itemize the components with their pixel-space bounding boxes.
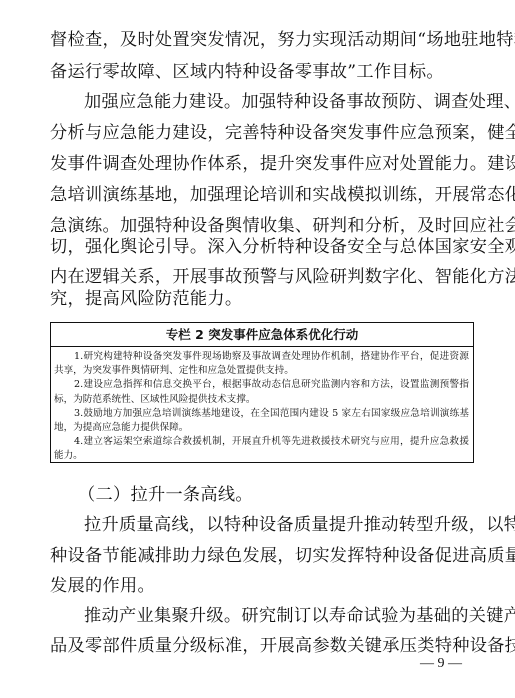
box-item-2-line-1: 2.建设应急指挥和信息交换平台，根据事故动态信息研究监测内容和方法，设置监测预警… [54,378,469,392]
feature-box-body: 1.研究构建特种设备突发事件现场勘察及事故调查处理协作机制，搭建协作平台，促进资… [51,347,473,464]
feature-box-title: 专栏 2 突发事件应急体系优化行动 [51,323,473,347]
paragraph-4-line-1: 推动产业集聚升级。研究制订以寿命试验为基础的关键产 [84,606,475,626]
box-item-3-line-1: 3.鼓励地方加强应急培训演练基地建设，在全国范围内建设 5 家左右国家级应急培训… [54,407,469,421]
box-item-3-line-2: 地，为提高应急能力提供保障。 [54,421,469,435]
paragraph-1-line-2: 备运行零故障、区域内特种设备零事故”工作目标。 [50,62,475,82]
feature-box: 专栏 2 突发事件应急体系优化行动 1.研究构建特种设备突发事件现场勘察及事故调… [50,322,474,463]
paragraph-2-line-3: 发事件调查处理协作体系，提升突发事件应对处置能力。建设应 [50,154,475,174]
box-item-2-line-2: 标，为防范系统性、区域性风险提供技术支撑。 [54,393,469,407]
paragraph-2-line-5: 急演练。加强特种设备舆情收集、研判和分析，及时回应社会关 [50,216,475,236]
paragraph-3-line-2: 种设备节能减排助力绿色发展，切实发挥特种设备促进高质量 [50,546,475,566]
box-item-1-line-2: 共享，为突发事件舆情研判、定性和应急处置提供支持。 [54,364,469,378]
paragraph-2-line-6: 切，强化舆论引导。深入分析特种设备安全与总体国家安全观的 [50,237,475,257]
box-item-4-line-1: 4.建立客运架空索道综合救援机制，开展直升机等先进救援技术研究与应用，提升应急救… [54,435,469,449]
paragraph-2-line-1: 加强应急能力建设。加强特种设备事故预防、调查处理、统计 [84,92,475,112]
paragraph-3-line-3: 发展的作用。 [50,576,475,596]
paragraph-2-line-8: 究，提高风险防范能力。 [50,289,475,309]
paragraph-2-line-7: 内在逻辑关系，开展事故预警与风险研判数字化、智能化方法研 [50,267,475,287]
paragraph-2-line-2: 分析与应急能力建设，完善特种设备突发事件应急预案，健全突 [50,123,475,143]
page-number: — 9 — [420,656,462,672]
box-item-4-line-2: 能力。 [54,449,469,463]
paragraph-3-line-1: 拉升质量高线，以特种设备质量提升推动转型升级，以特 [84,515,475,535]
paragraph-2-line-4: 急培训演练基地，加强理论培训和实战模拟训练，开展常态化应 [50,185,475,205]
section-heading: （二）拉升一条高线。 [78,485,469,505]
paragraph-1-line-1: 督检查，及时处置突发情况，努力实现活动期间“场地驻地特种设 [50,30,475,50]
paragraph-4-line-2: 品及零部件质量分级标准，开展高参数关键承压类特种设备技 [50,636,475,656]
box-item-1-line-1: 1.研究构建特种设备突发事件现场勘察及事故调查处理协作机制，搭建协作平台，促进资… [54,350,469,364]
